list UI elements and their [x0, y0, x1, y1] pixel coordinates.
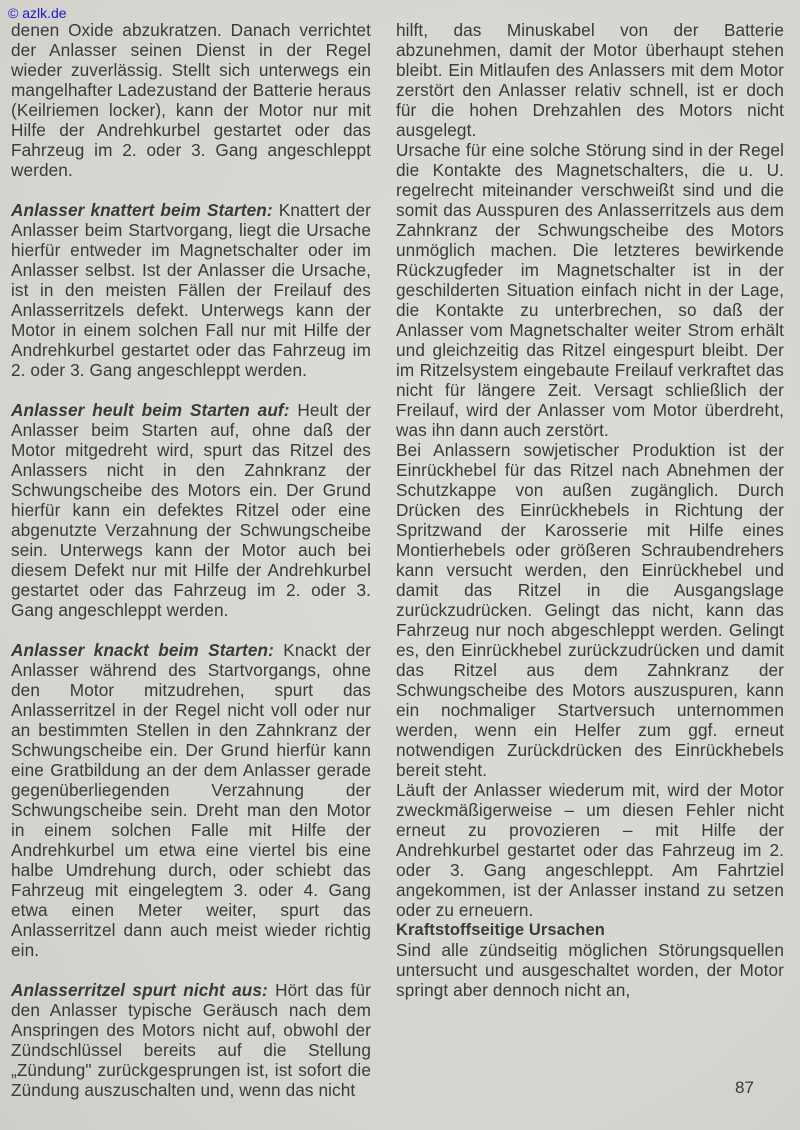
watermark: © azlk.de [8, 5, 67, 21]
section-title: Kraftstoffseitige Ursachen [396, 920, 784, 940]
paragraph: hilft, das Minuskabel von der Batterie a… [396, 20, 784, 140]
section-knattert: Anlasser knattert beim Starten: Knattert… [11, 200, 371, 380]
paragraph: Bei Anlassern sowjetischer Produktion is… [396, 440, 784, 780]
page-number: 87 [735, 1078, 754, 1098]
section-heading: Anlasser knackt beim Starten: [11, 640, 274, 660]
left-column: denen Oxide abzukratzen. Danach verricht… [11, 20, 371, 1100]
section-heading: Anlasserritzel spurt nicht aus: [11, 980, 268, 1000]
section-spurt-nicht-aus: Anlasserritzel spurt nicht aus: Hört das… [11, 980, 371, 1100]
intro-paragraph: denen Oxide abzukratzen. Danach verricht… [11, 20, 371, 180]
section-text: Knackt der Anlasser während des Startvor… [11, 640, 371, 960]
section-text: Heult der Anlasser beim Starten auf, ohn… [11, 400, 371, 620]
section-heading: Anlasser knattert beim Starten: [11, 200, 273, 220]
section-text: Knattert der Anlasser beim Startvorgang,… [11, 200, 371, 380]
paragraph: Ursache für eine solche Störung sind in … [396, 140, 784, 440]
section-heult: Anlasser heult beim Starten auf: Heult d… [11, 400, 371, 620]
book-page: © azlk.de denen Oxide abzukratzen. Danac… [0, 0, 800, 1130]
paragraph: Läuft der Anlasser wiederum mit, wird de… [396, 780, 784, 920]
right-column: hilft, das Minuskabel von der Batterie a… [396, 20, 784, 1000]
section-heading: Anlasser heult beim Starten auf: [11, 400, 290, 420]
section-knackt: Anlasser knackt beim Starten: Knackt der… [11, 640, 371, 960]
paragraph: Sind alle zündseitig möglichen Störungsq… [396, 940, 784, 1000]
